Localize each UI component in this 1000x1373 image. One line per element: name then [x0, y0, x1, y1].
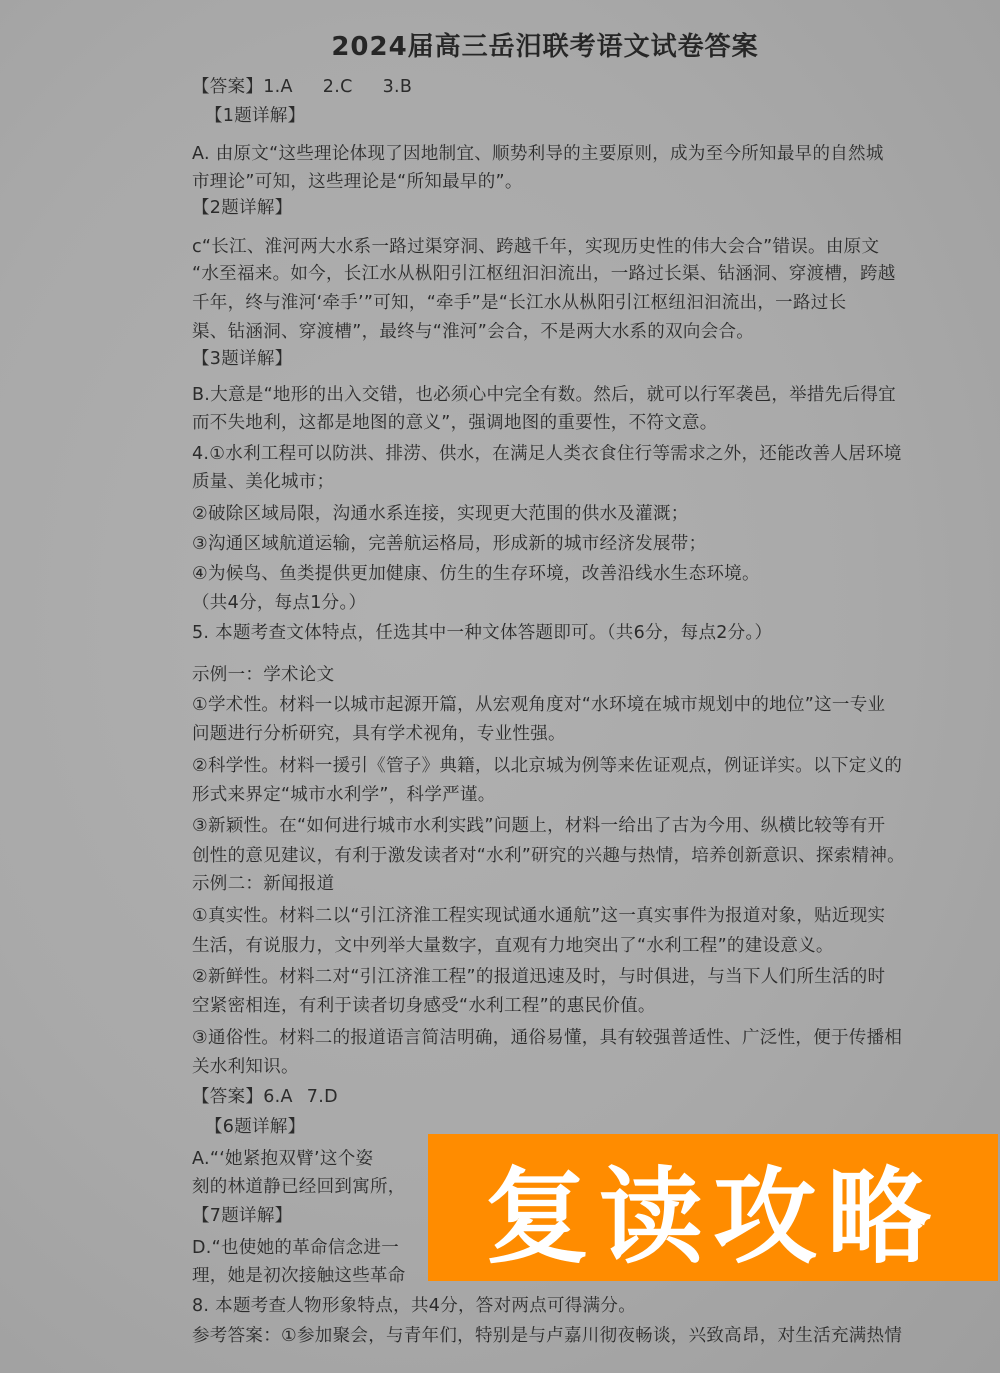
example1-title: 示例一：学术论文 — [192, 664, 982, 686]
q4-line: ④为候鸟、鱼类提供更加健康、仿生的生存环境，改善沿线水生态环境。 — [192, 563, 982, 585]
q8-intro: 8. 本题考查人物形象特点，共4分，答对两点可得满分。 — [192, 1295, 982, 1317]
example2-line: 空紧密相连，有利于读者切身感受“水利工程”的惠民价值。 — [192, 995, 982, 1017]
watermark-banner: 复读攻略 — [428, 1134, 998, 1281]
example2-title: 示例二：新闻报道 — [192, 873, 982, 895]
example1-line: 创性的意见建议，有利于激发读者对“水利”研究的兴趣与热情，培养创新意识、探索精神… — [192, 845, 982, 867]
q1-line: A. 由原文“这些理论体现了因地制宜、顺势利导的主要原则，成为至今所知最早的自然… — [192, 143, 982, 165]
q3-heading: 【3题详解】 — [192, 348, 982, 370]
watermark-text: 复读攻略 — [485, 1133, 941, 1283]
q4-line: 质量、美化城市； — [192, 471, 982, 493]
q4-line: 4.①水利工程可以防洪、排涝、供水，在满足人类衣食住行等需求之外，还能改善人居环… — [192, 443, 982, 465]
answer-label: 【答案】 — [192, 1087, 263, 1107]
example1-line: ②科学性。材料一援引《管子》典籍，以北京城为例等来佐证观点，例证详实。以下定义的 — [192, 755, 982, 777]
q2-line: 渠、钻涵洞、穿渡槽”，最终与“淮河”会合，不是两大水系的双向会合。 — [192, 321, 982, 343]
answer-item: 7.D — [307, 1087, 338, 1107]
answer-item: 6.A — [263, 1087, 293, 1107]
q1-heading: 【1题详解】 — [205, 105, 995, 127]
example2-line: ①真实性。材料二以“引江济淮工程实现试通水通航”这一真实事件为报道对象，贴近现实 — [192, 905, 982, 927]
q1-line: 市理论”可知，这些理论是“所知最早的”。 — [192, 171, 982, 193]
q4-line: ③沟通区域航道运输，完善航运格局，形成新的城市经济发展带； — [192, 533, 982, 555]
q2-line: 千年，终与淮河‘牵手’”可知，“牵手”是“长江水从枞阳引江枢纽汩汩流出，一路过长 — [192, 292, 982, 314]
example1-line: ①学术性。材料一以城市起源开篇，从宏观角度对“水环境在城市规划中的地位”这一专业 — [192, 694, 982, 716]
example1-line: 形式来界定“城市水利学”，科学严谨。 — [192, 784, 982, 806]
q2-line: “水至福来。如今，长江水从枞阳引江枢纽汩汩流出，一路过长渠、钻涵洞、穿渡槽，跨越 — [192, 263, 982, 285]
answer-item: 1.A — [263, 77, 293, 97]
answer-label: 【答案】 — [192, 77, 263, 97]
q4-score: （共4分，每点1分。） — [192, 592, 982, 614]
page-title: 2024届高三岳汨联考语文试卷答案 — [0, 26, 1000, 63]
q3-line: 而不失地利，这都是地图的意义”，强调地图的重要性，不符文意。 — [192, 412, 982, 434]
example2-line: 关水利知识。 — [192, 1056, 982, 1078]
example1-line: ③新颖性。在“如何进行城市水利实践”问题上，材料一给出了古为今用、纵横比较等有开 — [192, 815, 982, 837]
scanned-answer-sheet: 2024届高三岳汨联考语文试卷答案 【答案】1.A2.C3.B 【1题详解】 A… — [0, 0, 1000, 1373]
q4-line: ②破除区域局限，沟通水系连接，实现更大范围的供水及灌溉； — [192, 503, 982, 525]
example2-line: ③通俗性。材料二的报道语言简洁明确，通俗易懂，具有较强普适性、广泛性，便于传播相 — [192, 1027, 982, 1049]
q8-reference: 参考答案：①参加聚会，与青年们，特别是与卢嘉川彻夜畅谈，兴致高昂，对生活充满热情 — [192, 1325, 982, 1347]
answer-item: 2.C — [323, 77, 353, 97]
answer-item: 3.B — [383, 77, 413, 97]
example1-line: 问题进行分析研究，具有学术视角，专业性强。 — [192, 723, 982, 745]
q2-heading: 【2题详解】 — [192, 197, 982, 219]
q3-line: B.大意是“地形的出入交错，也必须心中完全有数。然后，就可以行军袭邑，举措先后得… — [192, 384, 982, 406]
example2-line: ②新鲜性。材料二对“引江济淮工程”的报道迅速及时，与时俱进，与当下人们所生活的时 — [192, 966, 982, 988]
answers-row-2: 【答案】6.A7.D — [192, 1086, 982, 1108]
answers-row-1: 【答案】1.A2.C3.B — [192, 76, 982, 98]
q2-line: c“长江、淮河两大水系一路过渠穿洞、跨越千年，实现历史性的伟大会合”错误。由原文 — [192, 236, 982, 258]
example2-line: 生活，有说服力，文中列举大量数字，直观有力地突出了“水利工程”的建设意义。 — [192, 935, 982, 957]
q5-intro: 5. 本题考查文体特点，任选其中一种文体答题即可。（共6分，每点2分。） — [192, 622, 982, 644]
